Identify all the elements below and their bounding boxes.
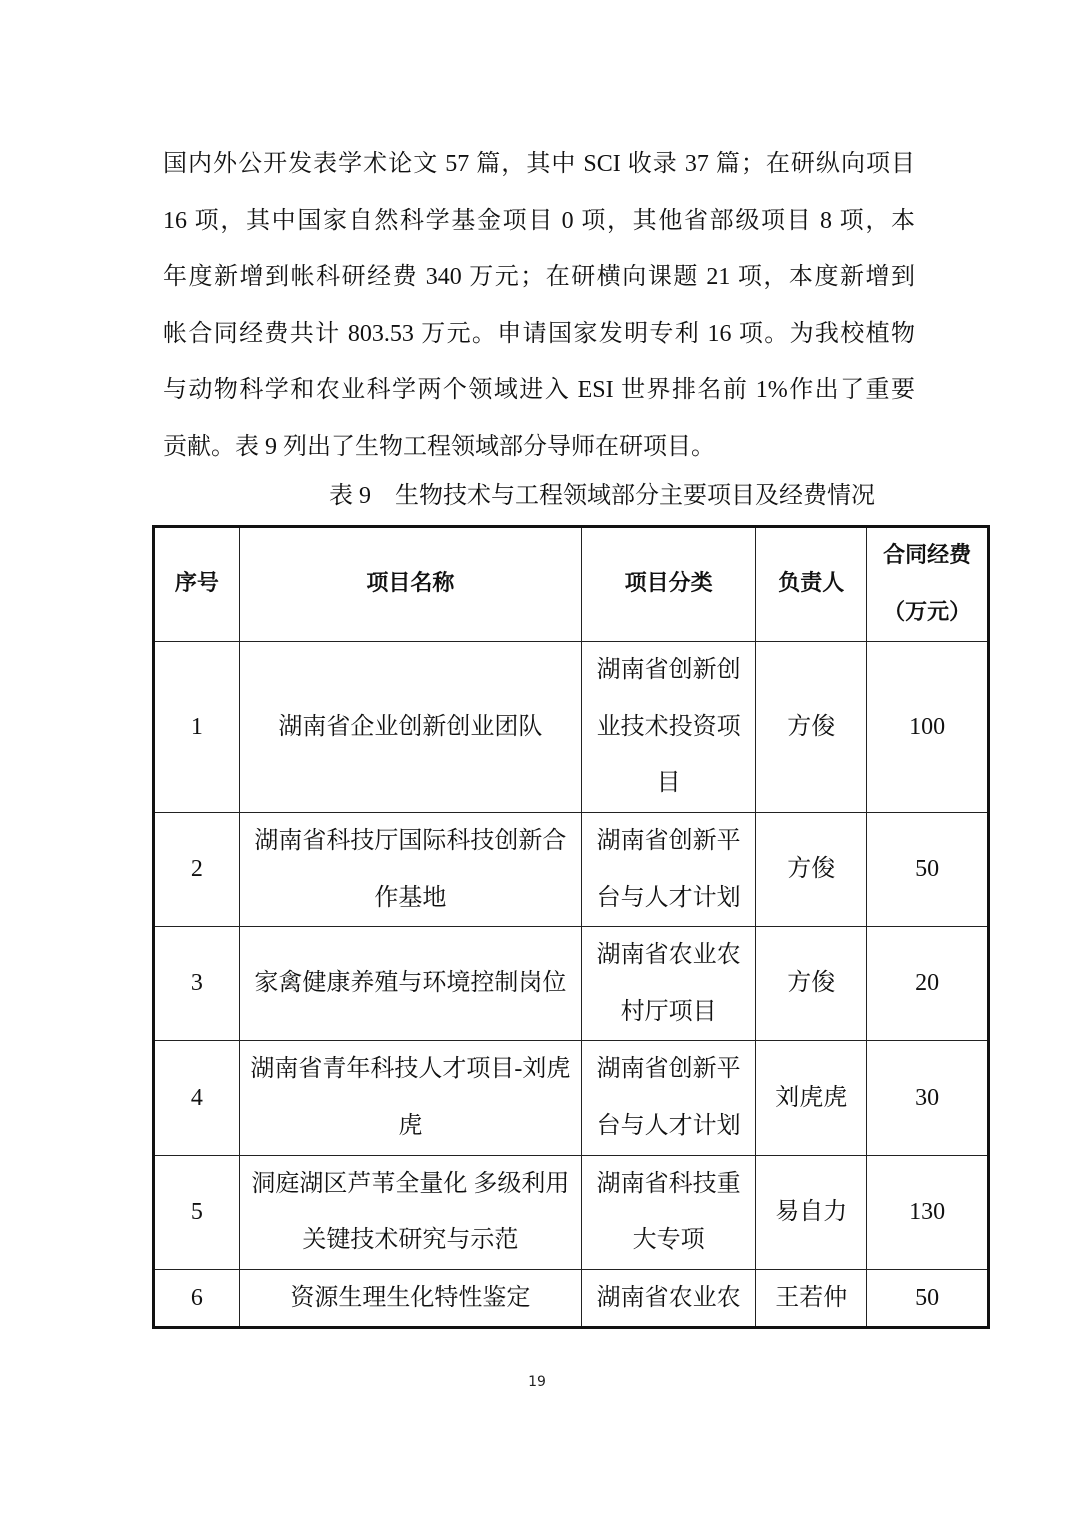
cell-category: 湖南省创新创业技术投资项目 bbox=[581, 642, 756, 813]
cell-leader: 方俊 bbox=[756, 642, 867, 813]
table-row: 1 湖南省企业创新创业团队 湖南省创新创业技术投资项目 方俊 100 bbox=[154, 642, 989, 813]
cell-category: 湖南省农业农 bbox=[581, 1269, 756, 1328]
table-caption-title: 生物技术与工程领域部分主要项目及经费情况 bbox=[395, 483, 875, 509]
table-row: 6 资源生理生化特性鉴定 湖南省农业农 王若仲 50 bbox=[154, 1269, 989, 1328]
projects-table: 序号 项目名称 项目分类 负责人 合同经费 （万元） 1 湖南省企业创新创业团队… bbox=[152, 525, 990, 1329]
paragraph-line: 年度新增到帐科研经费 340 万元；在研横向课题 21 项，本度新增到 bbox=[163, 249, 915, 306]
paragraph-line: 贡献。表 9 列出了生物工程领域部分导师在研项目。 bbox=[163, 419, 915, 476]
paragraph-line: 帐合同经费共计 803.53 万元。申请国家发明专利 16 项。为我校植物 bbox=[163, 306, 915, 363]
cell-name: 资源生理生化特性鉴定 bbox=[239, 1269, 581, 1328]
cell-no: 1 bbox=[154, 642, 240, 813]
table-caption: 表 9生物技术与工程领域部分主要项目及经费情况 bbox=[0, 478, 1074, 514]
cell-funding: 50 bbox=[867, 812, 989, 926]
cell-funding: 50 bbox=[867, 1269, 989, 1328]
table-row: 3 家禽健康养殖与环境控制岗位 湖南省农业农村厅项目 方俊 20 bbox=[154, 927, 989, 1041]
cell-leader: 易自力 bbox=[756, 1155, 867, 1269]
table-row: 5 洞庭湖区芦苇全量化 多级利用关键技术研究与示范 湖南省科技重大专项 易自力 … bbox=[154, 1155, 989, 1269]
table-header-row: 序号 项目名称 项目分类 负责人 合同经费 （万元） bbox=[154, 527, 989, 642]
cell-leader: 方俊 bbox=[756, 927, 867, 1041]
cell-leader: 王若仲 bbox=[756, 1269, 867, 1328]
header-leader: 负责人 bbox=[756, 527, 867, 642]
cell-funding: 30 bbox=[867, 1041, 989, 1155]
cell-name: 洞庭湖区芦苇全量化 多级利用关键技术研究与示范 bbox=[239, 1155, 581, 1269]
table-row: 2 湖南省科技厅国际科技创新合作基地 湖南省创新平台与人才计划 方俊 50 bbox=[154, 812, 989, 926]
cell-category: 湖南省农业农村厅项目 bbox=[581, 927, 756, 1041]
body-paragraph: 国内外公开发表学术论文 57 篇，其中 SCI 收录 37 篇；在研纵向项目 1… bbox=[163, 136, 915, 476]
header-name: 项目名称 bbox=[239, 527, 581, 642]
cell-funding: 100 bbox=[867, 642, 989, 813]
cell-name: 湖南省青年科技人才项目-刘虎虎 bbox=[239, 1041, 581, 1155]
cell-no: 5 bbox=[154, 1155, 240, 1269]
cell-category: 湖南省创新平台与人才计划 bbox=[581, 812, 756, 926]
table-caption-label: 表 9 bbox=[329, 483, 371, 509]
paragraph-line: 国内外公开发表学术论文 57 篇，其中 SCI 收录 37 篇；在研纵向项目 bbox=[163, 136, 915, 193]
cell-name: 家禽健康养殖与环境控制岗位 bbox=[239, 927, 581, 1041]
page-number: 19 bbox=[0, 1374, 1074, 1390]
cell-no: 4 bbox=[154, 1041, 240, 1155]
header-funding-line1: 合同经费 bbox=[873, 528, 981, 585]
cell-name: 湖南省科技厅国际科技创新合作基地 bbox=[239, 812, 581, 926]
cell-category: 湖南省科技重大专项 bbox=[581, 1155, 756, 1269]
cell-name: 湖南省企业创新创业团队 bbox=[239, 642, 581, 813]
cell-no: 2 bbox=[154, 812, 240, 926]
header-funding: 合同经费 （万元） bbox=[867, 527, 989, 642]
cell-category: 湖南省创新平台与人才计划 bbox=[581, 1041, 756, 1155]
cell-leader: 方俊 bbox=[756, 812, 867, 926]
header-category: 项目分类 bbox=[581, 527, 756, 642]
cell-no: 6 bbox=[154, 1269, 240, 1328]
cell-no: 3 bbox=[154, 927, 240, 1041]
cell-funding: 20 bbox=[867, 927, 989, 1041]
paragraph-line: 16 项，其中国家自然科学基金项目 0 项，其他省部级项目 8 项，本 bbox=[163, 193, 915, 250]
table-row: 4 湖南省青年科技人才项目-刘虎虎 湖南省创新平台与人才计划 刘虎虎 30 bbox=[154, 1041, 989, 1155]
header-funding-line2: （万元） bbox=[873, 585, 981, 642]
cell-leader: 刘虎虎 bbox=[756, 1041, 867, 1155]
header-no: 序号 bbox=[154, 527, 240, 642]
paragraph-line: 与动物科学和农业科学两个领域进入 ESI 世界排名前 1%作出了重要 bbox=[163, 362, 915, 419]
cell-funding: 130 bbox=[867, 1155, 989, 1269]
